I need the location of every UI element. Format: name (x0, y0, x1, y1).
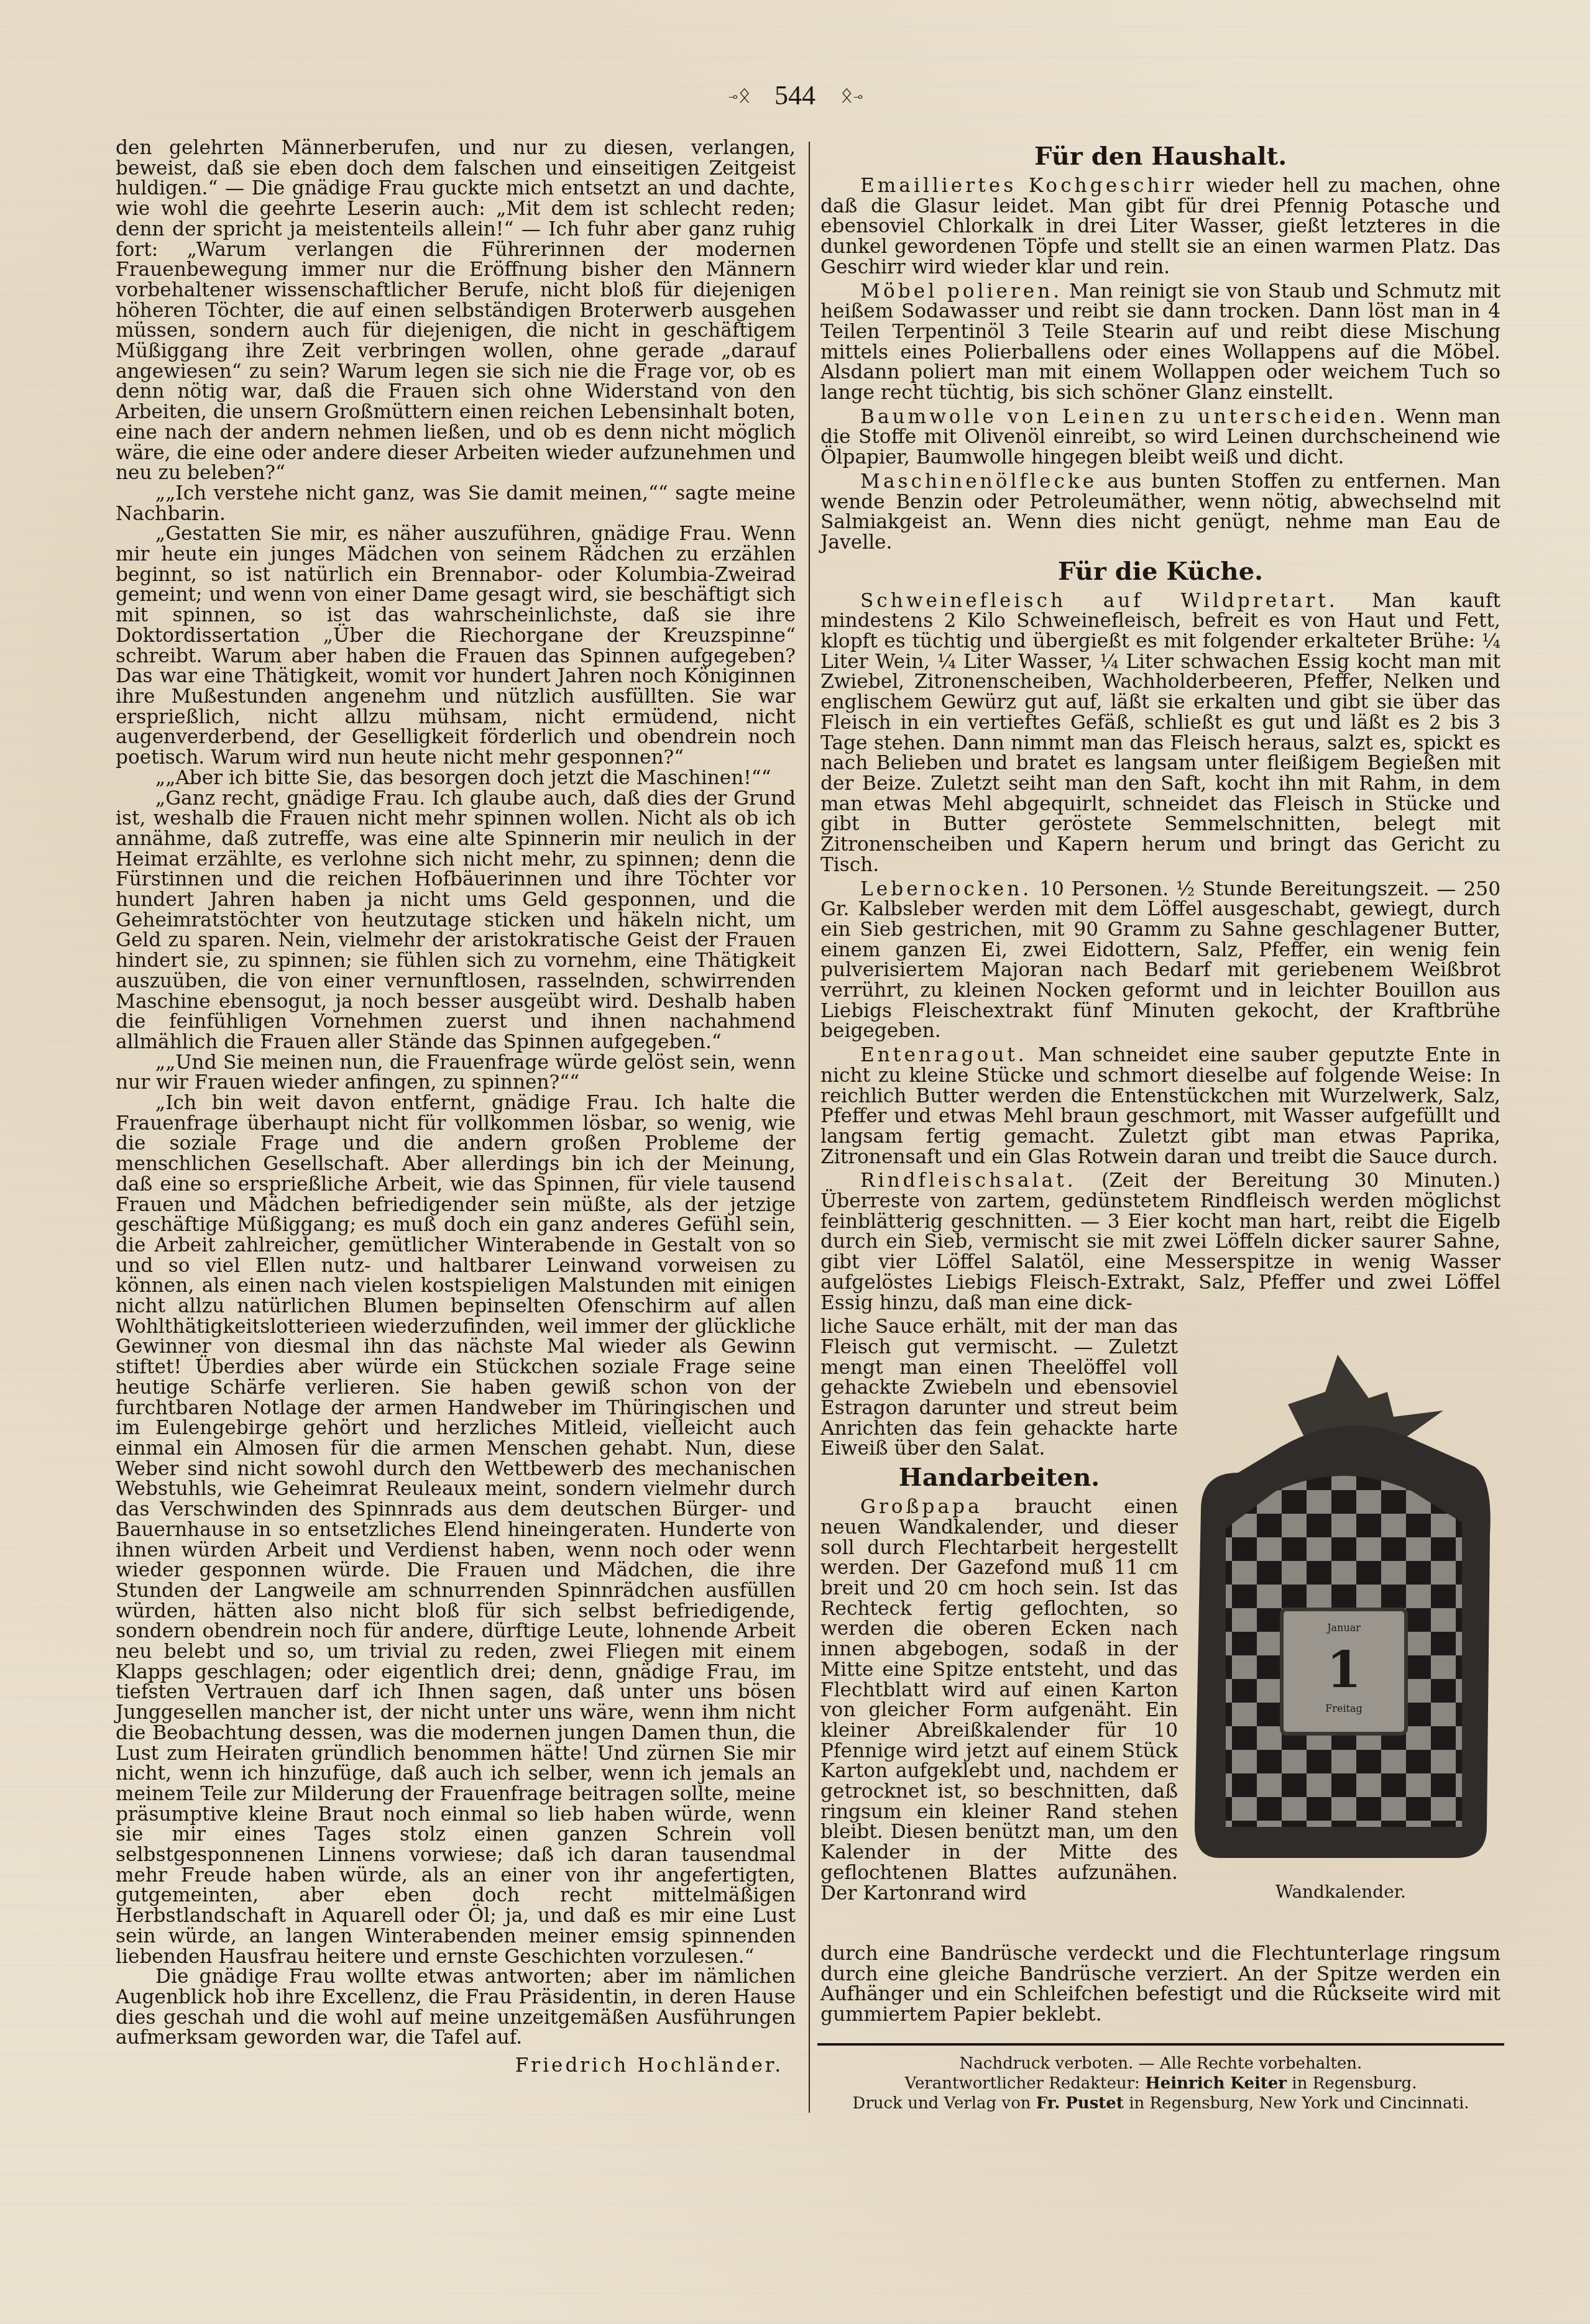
story-paragraph: Die gnädige Frau wollte etwas antworten;… (116, 1967, 796, 2048)
recipe-entry: Schweinefleisch auf Wildpretart. Man kau… (820, 591, 1500, 876)
craft-entry: Großpapa braucht einen neuen Wandkalende… (820, 1497, 1178, 1903)
recipe-text: (Zeit der Bereitung 30 Minuten.) Überres… (820, 1169, 1500, 1314)
craft-text-wide: durch eine Bandrüsche verdeckt und die F… (820, 1944, 1500, 2025)
tip-title: Möbel polieren. (860, 280, 1062, 303)
recipe-text: Man kauft mindestens 2 Kilo Schweineflei… (820, 590, 1500, 876)
imprint: Nachdruck verboten. — Alle Rechte vorbeh… (817, 2054, 1504, 2113)
tip-title: Baumwolle von Leinen zu unterscheiden. (860, 406, 1389, 428)
tip-entry: Maschinenölflecke aus bunten Stoffen zu … (820, 472, 1500, 553)
ornament-left-icon: ⊸ᛟ (727, 84, 750, 108)
page-header: ⊸ᛟ 544 ᛟ⊸ (0, 80, 1590, 111)
tip-title: Emailliertes Kochgeschirr (860, 175, 1197, 197)
section-heading-kueche: Für die Küche. (820, 557, 1500, 586)
wall-calendar-figure: Januar 1 Freitag Wandkalender. (1176, 1348, 1505, 1908)
calendar-weekday: Freitag (1325, 1703, 1363, 1714)
reprint-notice: Nachdruck verboten. — Alle Rechte vorbeh… (817, 2054, 1504, 2074)
recipe-entry: Lebernocken. 10 Personen. ½ Stunde Berei… (820, 879, 1500, 1042)
recipe-title: Lebernocken. (860, 878, 1032, 900)
recipe-text-continued: liche Sauce erhält, mit der man das Flei… (820, 1317, 1178, 1459)
story-paragraph: „Gestatten Sie mir, es näher auszuführen… (116, 524, 796, 767)
section-heading-haushalt: Für den Haushalt. (820, 142, 1500, 171)
tip-entry: Baumwolle von Leinen zu unterscheiden. W… (820, 407, 1500, 468)
craft-text: braucht einen neuen Wandkalender, und di… (820, 1496, 1178, 1904)
column-divider (809, 142, 810, 2113)
story-paragraph: „Ich bin weit davon entfernt, gnädige Fr… (116, 1093, 796, 1967)
page-number: 544 (774, 80, 816, 111)
publisher-name: Fr. Pustet (1036, 2094, 1124, 2113)
tip-entry: Möbel polieren. Man reinigt sie von Stau… (820, 281, 1500, 403)
story-paragraph: „„Ich verstehe nicht ganz, was Sie damit… (116, 483, 796, 524)
section-heading-handarbeiten: Handarbeiten. (820, 1463, 1178, 1492)
figure-caption: Wandkalender. (1176, 1882, 1505, 1902)
recipe-entry: Rindfleischsalat. (Zeit der Bereitung 30… (820, 1171, 1500, 1313)
ornament-right-icon: ᛟ⊸ (840, 84, 863, 108)
editor-line: Verantwortlicher Redakteur: Heinrich Kei… (817, 2074, 1504, 2093)
publisher-line: Druck und Verlag von Fr. Pustet in Regen… (817, 2093, 1504, 2113)
footer-rule (817, 2043, 1504, 2046)
tip-title: Maschinenölflecke (860, 470, 1097, 493)
recipe-title: Entenragout. (860, 1044, 1027, 1066)
calendar-day: 1 (1326, 1640, 1361, 1699)
author-signature: Friedrich Hochländer. (116, 2056, 796, 2076)
craft-text-continued: durch eine Bandrüsche verdeckt und die F… (820, 1944, 1500, 2025)
story-paragraph: „Ganz recht, gnädige Frau. Ich glaube au… (116, 789, 796, 1053)
story-paragraph: den gelehrten Männerberufen, und nur zu … (116, 138, 796, 483)
wall-calendar-illustration: Januar 1 Freitag (1182, 1348, 1499, 1870)
tip-entry: Emailliertes Kochgeschirr wieder hell zu… (820, 176, 1500, 278)
story-column: den gelehrten Männerberufen, und nur zu … (116, 138, 796, 2076)
recipe-title: Rindfleischsalat. (860, 1169, 1077, 1192)
recipe-text: 10 Personen. ½ Stunde Bereitungszeit. — … (820, 878, 1500, 1043)
recipe-entry: Entenragout. Man schneidet eine sauber g… (820, 1045, 1500, 1167)
calendar-month: Januar (1326, 1622, 1361, 1634)
editor-name: Heinrich Keiter (1145, 2074, 1287, 2093)
craft-title: Großpapa (860, 1496, 983, 1518)
story-paragraph: „„Aber ich bitte Sie, das besorgen doch … (116, 768, 796, 789)
recipe-title: Schweinefleisch auf Wildpretart. (860, 590, 1338, 612)
story-paragraph: „„Und Sie meinen nun, die Frauenfrage wü… (116, 1053, 796, 1093)
